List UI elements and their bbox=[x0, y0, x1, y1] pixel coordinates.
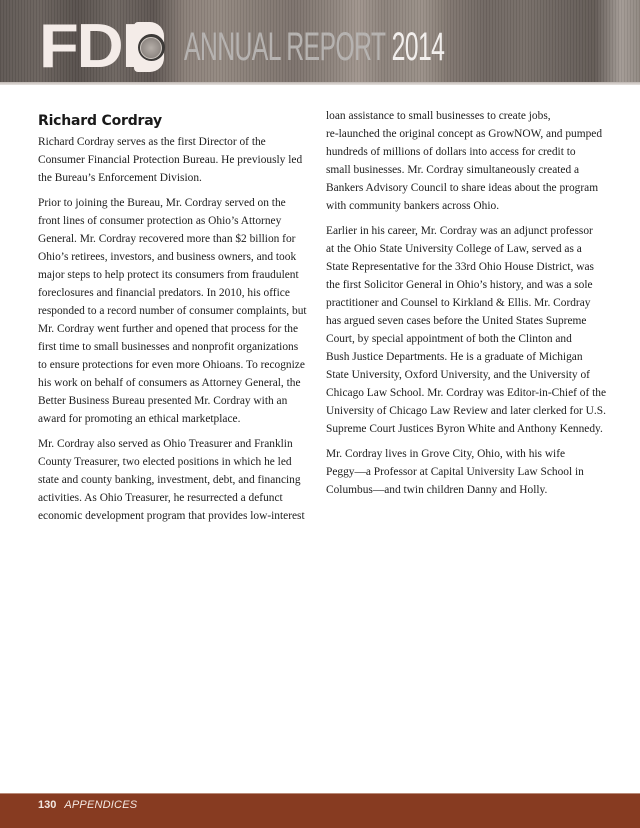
paragraph: Mr. Cordray also served as Ohio Treasure… bbox=[38, 435, 310, 525]
fdic-logo: FDI bbox=[39, 22, 164, 72]
section-label: APPENDICES bbox=[64, 799, 137, 811]
report-title: ANNUAL REPORT2014 bbox=[184, 27, 444, 67]
paragraph: Richard Cordray serves as the first Dire… bbox=[38, 133, 310, 187]
footer-content: 130 APPENDICES bbox=[38, 799, 137, 811]
logo-text: FDI bbox=[39, 22, 138, 72]
page-footer: 130 APPENDICES bbox=[0, 793, 640, 828]
paragraph: Prior to joining the Bureau, Mr. Cordray… bbox=[38, 194, 310, 428]
page-number: 130 bbox=[38, 799, 56, 811]
logo-c-with-seal bbox=[134, 22, 164, 72]
report-label: ANNUAL REPORT bbox=[184, 25, 385, 69]
right-column: loan assistance to small businesses to c… bbox=[326, 107, 598, 506]
header-divider bbox=[0, 82, 640, 85]
header-banner: FDI ANNUAL REPORT2014 bbox=[0, 0, 640, 82]
left-column: Richard Cordray serves as the first Dire… bbox=[38, 133, 310, 532]
article-title: Richard Cordray bbox=[38, 113, 162, 129]
paragraph: Earlier in his career, Mr. Cordray was a… bbox=[326, 222, 598, 438]
report-year: 2014 bbox=[392, 25, 445, 69]
fdic-seal-icon bbox=[138, 34, 165, 61]
paragraph: loan assistance to small businesses to c… bbox=[326, 107, 598, 215]
paragraph: Mr. Cordray lives in Grove City, Ohio, w… bbox=[326, 445, 598, 499]
